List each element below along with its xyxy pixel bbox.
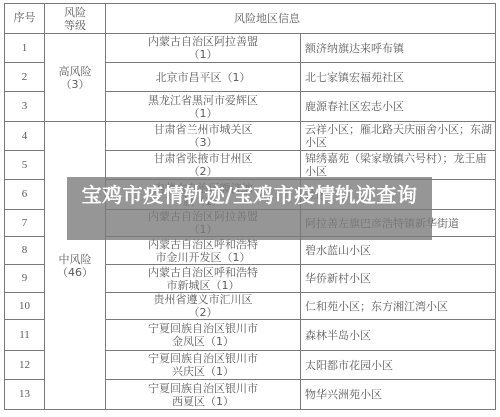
province-cell: 内蒙古自治区呼和浩特 市新城区（1） — [106, 265, 301, 293]
province-cell: 甘肃省张掖市甘州区 （2） — [106, 151, 301, 180]
province-cell: 黑龙江省黑河市爱辉区 （1） — [106, 92, 301, 122]
province-cell: 宁夏回族自治区银川市 兴庆区（1） — [106, 351, 301, 380]
row-number: 10 — [5, 293, 45, 320]
detail-cell: 鹿源春社区宏志小区 — [301, 92, 496, 122]
header-info: 风险地区信息 — [106, 4, 496, 34]
province-cell: 宁夏回族自治区银川市 金凤区（1） — [106, 320, 301, 351]
province-cell: 甘肃省兰州市城关区 （3） — [106, 122, 301, 151]
row-number: 8 — [5, 237, 45, 265]
province-cell: 宁夏回族自治区银川市 西夏区（1） — [106, 380, 301, 410]
detail-cell: 云祥小区；雁北路天庆丽舍小区；东湖小区 — [301, 122, 496, 151]
banner-title: 宝鸡市疫情轨迹/宝鸡市疫情轨迹查询 — [82, 183, 418, 207]
detail-cell: 额济纳旗达来呼布镇 — [301, 34, 496, 63]
detail-cell: 锦绣嘉苑（梁家墩镇六号村）；龙王庙小区 — [301, 151, 496, 180]
watermark-title-banner: 宝鸡市疫情轨迹/宝鸡市疫情轨迹查询 — [67, 177, 432, 240]
detail-cell: 森林半岛小区 — [301, 320, 496, 351]
row-number: 12 — [5, 351, 45, 380]
province-cell: 内蒙古自治区呼和浩特 市金川开发区（1） — [106, 237, 301, 265]
row-number: 4 — [5, 122, 45, 151]
detail-cell: 华侨新村小区 — [301, 265, 496, 293]
header-info-label: 风险地区信息 — [234, 12, 300, 25]
row-number: 13 — [5, 380, 45, 410]
detail-cell: 太阳都市花园小区 — [301, 351, 496, 380]
row-number: 9 — [5, 265, 45, 293]
table-row: 1高风险 （3）内蒙古自治区阿拉善盟 （1）额济纳旗达来呼布镇 — [5, 34, 496, 63]
table-row: 4中风险 （46）甘肃省兰州市城关区 （3）云祥小区；雁北路天庆丽舍小区；东湖小… — [5, 122, 496, 151]
detail-cell: 碧水蓝山小区 — [301, 237, 496, 265]
header-level: 风险 等级 — [45, 4, 106, 34]
risk-level-cell: 中风险 （46） — [45, 122, 106, 410]
detail-cell: 北七家镇宏福苑社区 — [301, 63, 496, 92]
row-number: 2 — [5, 63, 45, 92]
row-number: 5 — [5, 151, 45, 180]
row-number: 6 — [5, 180, 45, 210]
row-number: 7 — [5, 210, 45, 237]
province-cell: 北京市昌平区（1） — [106, 63, 301, 92]
detail-cell: 仁和苑小区；东方湘江湾小区 — [301, 293, 496, 320]
row-number: 1 — [5, 34, 45, 63]
province-cell: 贵州省遵义市汇川区 （2） — [106, 293, 301, 320]
header-num: 序号 — [5, 4, 45, 34]
detail-cell: 物华兴洲苑小区 — [301, 380, 496, 410]
row-number: 11 — [5, 320, 45, 351]
table-header-row: 序号 风险 等级 风险地区信息 — [5, 4, 496, 34]
risk-level-cell: 高风险 （3） — [45, 34, 106, 122]
province-cell: 内蒙古自治区阿拉善盟 （1） — [106, 34, 301, 63]
row-number: 3 — [5, 92, 45, 122]
